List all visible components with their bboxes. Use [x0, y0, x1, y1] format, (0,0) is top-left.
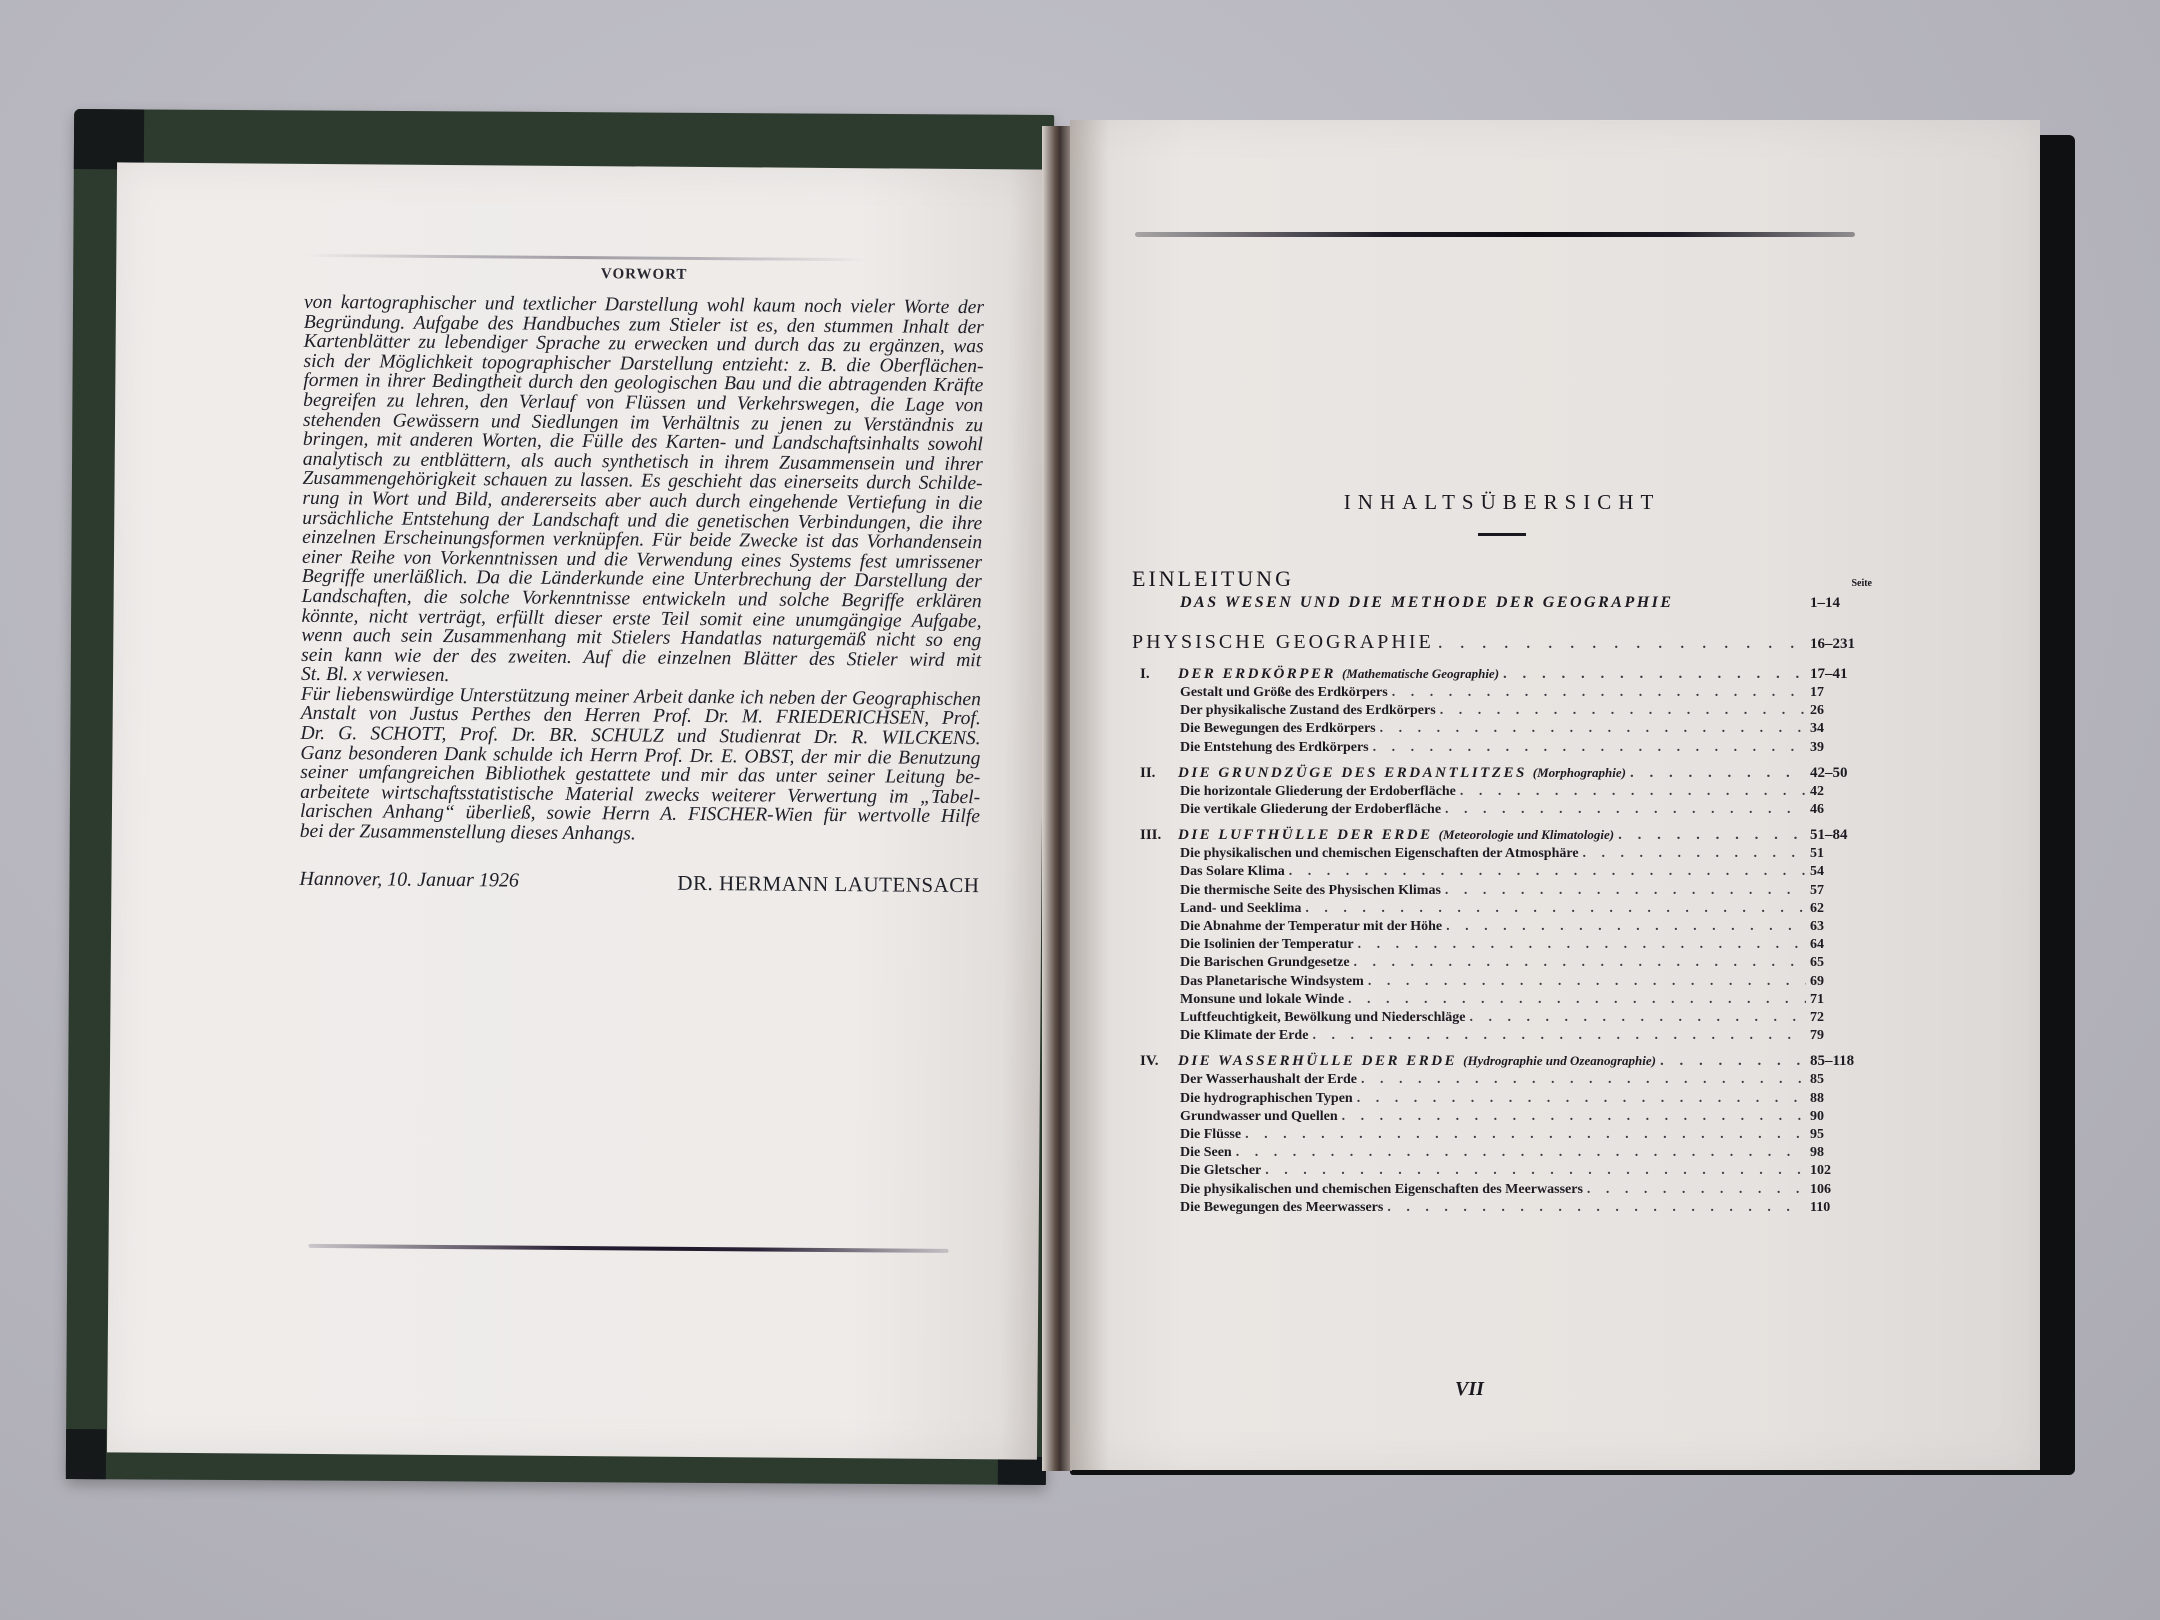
entry-page: 34 [1810, 720, 1872, 738]
leader-dots [1438, 628, 1806, 656]
entry-page: 69 [1810, 973, 1872, 991]
toc-title-dash [1478, 533, 1526, 536]
section-einleitung: EINLEITUNG Seite [1132, 566, 1872, 592]
entry-page: 51 [1810, 845, 1872, 863]
toc-entry: Die physikalischen und chemischen Eigens… [1132, 845, 1872, 863]
right-page-contents: INHALTSÜBERSICHT EINLEITUNG Seite DAS WE… [1070, 120, 2040, 1470]
chapter-title: DER ERDKÖRPER [1178, 666, 1336, 682]
entry-page: 16–231 [1810, 630, 1872, 658]
chapter-subtitle: (Meteorologie und Klimatologie) [1439, 827, 1615, 842]
toc-entry: Die thermische Seite des Physischen Klim… [1132, 882, 1872, 900]
bottom-swelled-rule [309, 1244, 949, 1253]
toc-entry-einleitung: DAS WESEN UND DIE METHODE DER GEOGRAPHIE… [1132, 592, 1872, 614]
entry-label: Die physikalischen und chemischen Eigens… [1180, 845, 1579, 863]
chapter-title: DIE WASSERHÜLLE DER ERDE [1178, 1053, 1457, 1069]
toc-title: INHALTSÜBERSICHT [1132, 490, 1872, 515]
entry-label: Luftfeuchtigkeit, Bewölkung und Niedersc… [1180, 1009, 1465, 1027]
einleitung-heading: EINLEITUNG [1132, 566, 1294, 592]
entry-label: Die Klimate der Erde [1180, 1027, 1308, 1045]
toc-entry: Das Planetarische Windsystem69 [1132, 973, 1872, 991]
entry-label: Land- und Seeklima [1180, 900, 1301, 918]
toc-chapter: IV.DIE WASSERHÜLLE DER ERDE(Hydrographie… [1132, 1051, 1872, 1071]
toc-entry: Die vertikale Gliederung der Erdoberfläc… [1132, 801, 1872, 819]
leader-dots [1630, 763, 1806, 783]
leader-dots [1618, 825, 1806, 845]
leader-dots [1289, 863, 1806, 881]
leader-dots [1265, 1162, 1806, 1180]
leader-dots [1312, 1027, 1806, 1045]
toc-chapter: III.DIE LUFTHÜLLE DER ERDE(Meteorologie … [1132, 825, 1872, 845]
entry-page: 65 [1810, 954, 1872, 972]
leader-dots [1373, 739, 1806, 757]
chapter-number: III. [1140, 825, 1178, 845]
entry-label: Monsune und lokale Winde [1180, 991, 1344, 1009]
entry-page: 46 [1810, 801, 1872, 819]
leader-dots [1348, 991, 1806, 1009]
entry-label: Die vertikale Gliederung der Erdoberfläc… [1180, 801, 1441, 819]
chapter-subtitle: (Hydrographie und Ozeanographie) [1463, 1053, 1656, 1068]
entry-page: 88 [1810, 1090, 1872, 1108]
entry-label: Die horizontale Gliederung der Erdoberfl… [1180, 783, 1456, 801]
chapter-title: DIE LUFTHÜLLE DER ERDE [1178, 827, 1433, 843]
chapter-pages: 42–50 [1810, 763, 1872, 783]
place-date: Hannover, 10. Januar 1926 [299, 867, 519, 894]
entry-page: 63 [1810, 918, 1872, 936]
entry-page: 102 [1810, 1162, 1872, 1180]
entry-page: 110 [1810, 1199, 1872, 1217]
toc-entry: Die Klimate der Erde79 [1132, 1027, 1872, 1045]
toc-entry: Der Wasserhaushalt der Erde85 [1132, 1071, 1872, 1089]
toc-chapter: II.DIE GRUNDZÜGE DES ERDANTLITZES(Morpho… [1132, 763, 1872, 783]
entry-page: 90 [1810, 1108, 1872, 1126]
entry-label: Das Planetarische Windsystem [1180, 973, 1364, 991]
entry-page: 85 [1810, 1071, 1872, 1089]
leader-dots [1446, 918, 1806, 936]
leader-dots [1460, 783, 1806, 801]
toc-chapter: I.DER ERDKÖRPER(Mathematische Geographie… [1132, 664, 1872, 684]
toc-entry: Die Seen98 [1132, 1144, 1872, 1162]
entry-label: DAS WESEN UND DIE METHODE DER GEOGRAPHIE [1180, 592, 1674, 614]
leader-dots [1440, 702, 1806, 720]
entry-label: Die thermische Seite des Physischen Klim… [1180, 882, 1441, 900]
leader-dots [1583, 845, 1806, 863]
chapter-list: I.DER ERDKÖRPER(Mathematische Geographie… [1132, 664, 1872, 1217]
physische-heading: PHYSISCHE GEOGRAPHIE [1132, 628, 1434, 656]
toc-entry: Die Barischen Grundgesetze65 [1132, 954, 1872, 972]
entry-label: Die Gletscher [1180, 1162, 1261, 1180]
leader-dots [1354, 954, 1806, 972]
toc-entry: Die Bewegungen des Erdkörpers34 [1132, 720, 1872, 738]
chapter-pages: 85–118 [1810, 1051, 1872, 1071]
toc-entry: Die hydrographischen Typen88 [1132, 1090, 1872, 1108]
page-number: VII [1455, 1378, 1484, 1401]
entry-label: Die hydrographischen Typen [1180, 1090, 1353, 1108]
toc-entry: Der physikalische Zustand des Erdkörpers… [1132, 702, 1872, 720]
leader-dots [1445, 882, 1806, 900]
entry-page: 98 [1810, 1144, 1872, 1162]
section-physische-geographie: PHYSISCHE GEOGRAPHIE 16–231 [1132, 628, 1872, 658]
chapter-number: I. [1140, 664, 1178, 684]
entry-page: 54 [1810, 863, 1872, 881]
toc-entry: Die Bewegungen des Meerwassers110 [1132, 1199, 1872, 1217]
leader-dots [1380, 720, 1806, 738]
entry-label: Die Abnahme der Temperatur mit der Höhe [1180, 918, 1442, 936]
leader-dots [1245, 1126, 1806, 1144]
entry-page: 106 [1810, 1181, 1872, 1199]
entry-label: Der physikalische Zustand des Erdkörpers [1180, 702, 1436, 720]
entry-page: 95 [1810, 1126, 1872, 1144]
left-page-vorwort: VORWORT von kartographischer und textlic… [107, 162, 1047, 1459]
cover-corner-bottom-right [998, 1457, 1046, 1485]
toc-entry: Die Isolinien der Temperatur64 [1132, 936, 1872, 954]
entry-page: 39 [1810, 739, 1872, 757]
entry-label: Die Barischen Grundgesetze [1180, 954, 1350, 972]
toc-entry: Die horizontale Gliederung der Erdoberfl… [1132, 783, 1872, 801]
entry-page: 57 [1810, 882, 1872, 900]
entry-label: Der Wasserhaushalt der Erde [1180, 1071, 1357, 1089]
leader-dots [1305, 900, 1806, 918]
entry-page: 42 [1810, 783, 1872, 801]
entry-page: 72 [1810, 1009, 1872, 1027]
open-book-photo: VORWORT von kartographischer und textlic… [0, 0, 2160, 1620]
entry-page: 79 [1810, 1027, 1872, 1045]
cover-corner-top [74, 109, 144, 169]
entry-page: 62 [1810, 900, 1872, 918]
toc-entry: Gestalt und Größe des Erdkörpers17 [1132, 684, 1872, 702]
toc-entry: Die Flüsse95 [1132, 1126, 1872, 1144]
leader-dots [1503, 664, 1806, 684]
cover-corner-bottom [66, 1429, 106, 1479]
entry-label: Die Bewegungen des Erdkörpers [1180, 720, 1376, 738]
entry-page: 71 [1810, 991, 1872, 1009]
preface-signoff: Hannover, 10. Januar 1926 DR. HERMANN LA… [299, 867, 979, 897]
toc-entry: Das Solare Klima54 [1132, 863, 1872, 881]
seite-label: Seite [1851, 578, 1872, 589]
entry-page: 17 [1810, 684, 1872, 702]
toc-entry: Die Abnahme der Temperatur mit der Höhe6… [1132, 918, 1872, 936]
table-of-contents: INHALTSÜBERSICHT EINLEITUNG Seite DAS WE… [1132, 490, 1872, 1217]
entry-label: Grundwasser und Quellen [1180, 1108, 1338, 1126]
toc-entry: Die physikalischen und chemischen Eigens… [1132, 1181, 1872, 1199]
chapter-number: IV. [1140, 1051, 1178, 1071]
entry-label: Das Solare Klima [1180, 863, 1285, 881]
entry-page: 1–14 [1810, 592, 1872, 614]
toc-entry: Die Entstehung des Erdkörpers39 [1132, 739, 1872, 757]
entry-label: Die physikalischen und chemischen Eigens… [1180, 1181, 1583, 1199]
entry-label: Die Seen [1180, 1144, 1232, 1162]
leader-dots [1392, 684, 1806, 702]
leader-dots [1342, 1108, 1806, 1126]
entry-page: 26 [1810, 702, 1872, 720]
leader-dots [1357, 1090, 1806, 1108]
leader-dots [1587, 1181, 1806, 1199]
entry-label: Die Isolinien der Temperatur [1180, 936, 1354, 954]
book-gutter [1042, 126, 1072, 1471]
toc-entry: Land- und Seeklima62 [1132, 900, 1872, 918]
leader-dots [1445, 801, 1806, 819]
leader-dots [1387, 1199, 1806, 1217]
chapter-subtitle: (Mathematische Geographie) [1342, 666, 1499, 681]
entry-label: Die Flüsse [1180, 1126, 1241, 1144]
leader-dots [1358, 936, 1806, 954]
leader-dots [1469, 1009, 1806, 1027]
top-swelled-rule [1135, 232, 1855, 237]
chapter-pages: 51–84 [1810, 825, 1872, 845]
preface-title: VORWORT [304, 264, 984, 286]
toc-entry: Die Gletscher102 [1132, 1162, 1872, 1180]
entry-page: 64 [1810, 936, 1872, 954]
entry-label: Gestalt und Größe des Erdkörpers [1180, 684, 1388, 702]
preface-body: von kartographischer und textlicher Dars… [300, 293, 984, 847]
chapter-number: II. [1140, 763, 1178, 783]
preface-block: VORWORT von kartographischer und textlic… [299, 244, 984, 898]
leader-dots [1368, 973, 1806, 991]
leader-dots [1361, 1071, 1806, 1089]
toc-entry: Monsune und lokale Winde71 [1132, 991, 1872, 1009]
chapter-title: DIE GRUNDZÜGE DES ERDANTLITZES [1178, 765, 1527, 781]
leader-dots [1660, 1051, 1806, 1071]
chapter-pages: 17–41 [1810, 664, 1872, 684]
entry-label: Die Entstehung des Erdkörpers [1180, 739, 1369, 757]
author-name: DR. HERMANN LAUTENSACH [677, 870, 979, 897]
toc-entry: Luftfeuchtigkeit, Bewölkung und Niedersc… [1132, 1009, 1872, 1027]
chapter-subtitle: (Morphographie) [1533, 765, 1626, 780]
leader-dots [1236, 1144, 1806, 1162]
toc-entry: Grundwasser und Quellen90 [1132, 1108, 1872, 1126]
entry-label: Die Bewegungen des Meerwassers [1180, 1199, 1383, 1217]
